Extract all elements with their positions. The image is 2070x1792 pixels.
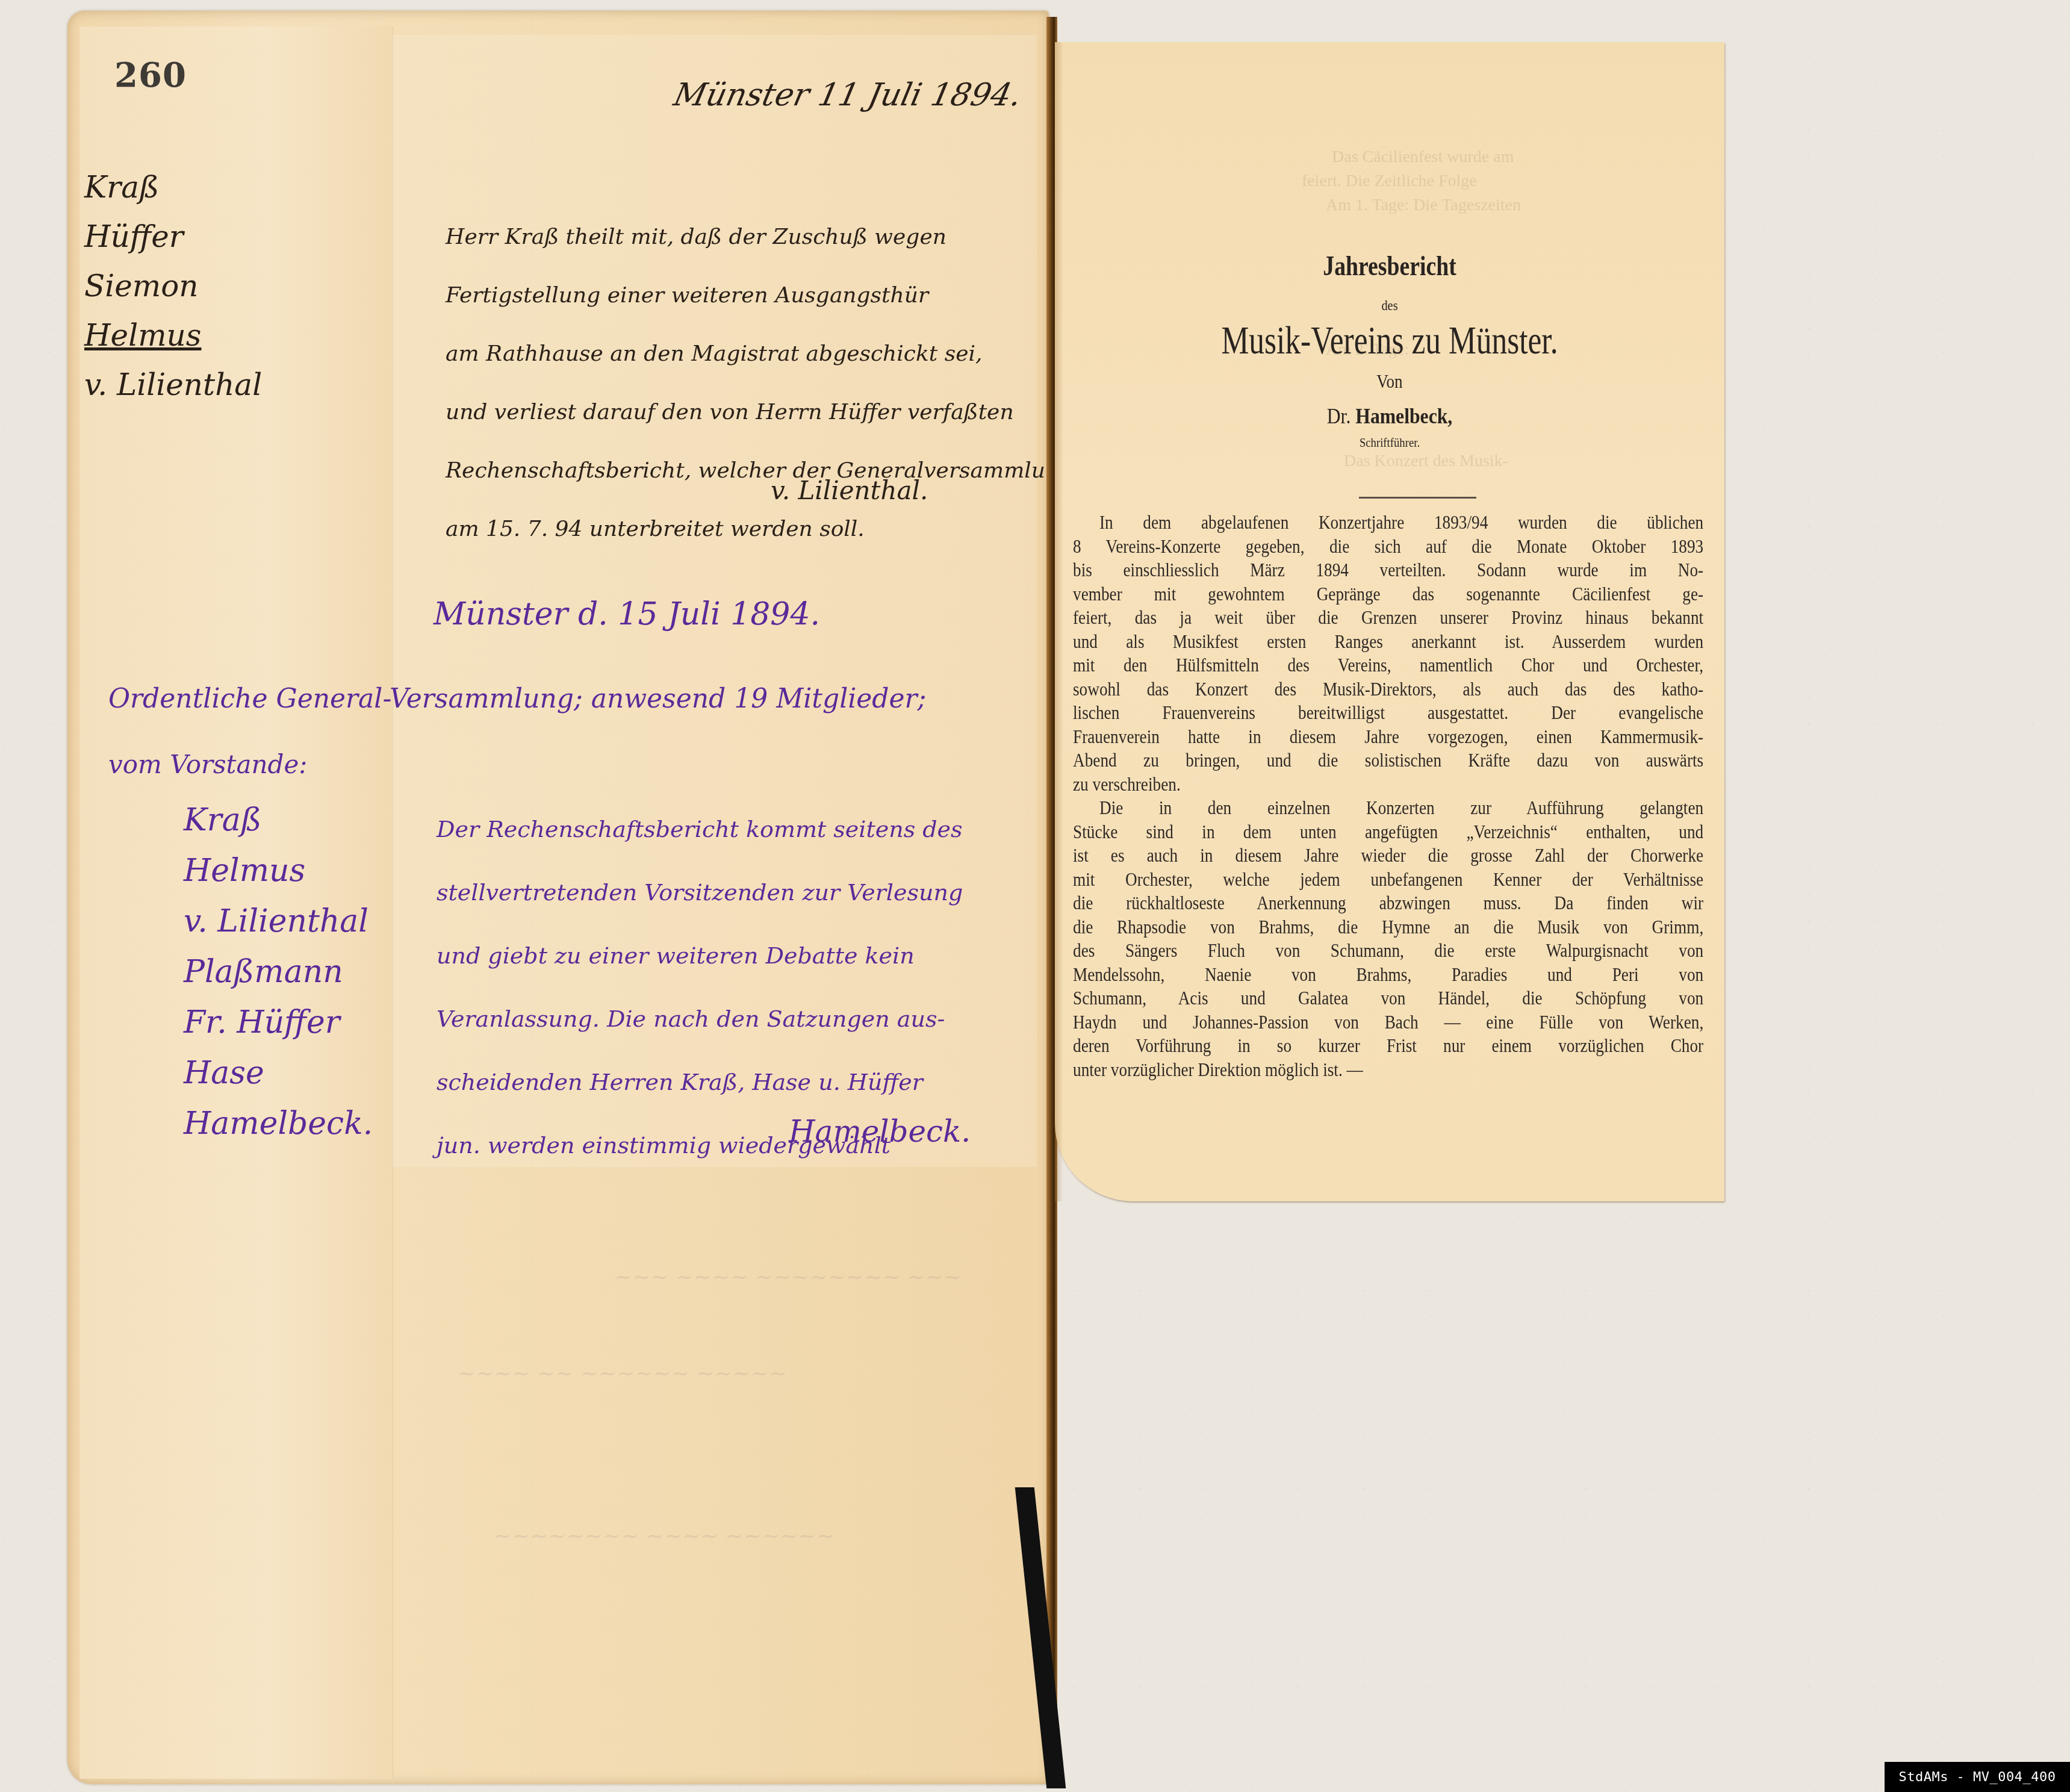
entry2-board-member: Helmus: [184, 845, 373, 896]
bleed-through-text: Das Cäcilienfest wurde am: [1332, 148, 1514, 167]
report-line: unter vorzüglicher Direktion möglich ist…: [1073, 1058, 1703, 1082]
entry2-line: und giebt zu einer weiteren Debatte kein: [437, 924, 1045, 988]
report-author-role: Schriftführer.: [1105, 435, 1674, 450]
entry1-line: und verliest darauf den von Herrn Hüffer…: [446, 383, 1048, 441]
entry1-attendee: Kraß: [84, 163, 262, 212]
entry1-attendee: Siemon: [84, 261, 262, 311]
entry1-attendee: Hüffer: [84, 212, 262, 261]
report-line: lischen Frauenvereins bereitwilligst aus…: [1073, 701, 1703, 725]
report-author: Dr. Hamelbeck,: [1095, 403, 1685, 429]
report-line: mit Orchester, welche jedem unbefangenen…: [1073, 868, 1703, 892]
report-paragraph-2: Die in den einzelnen Konzerten zur Auffü…: [1073, 796, 1705, 1081]
report-body: In dem abgelaufenen Konzertjahre 1893/94…: [1073, 511, 1705, 1081]
report-title-des: des: [1105, 298, 1674, 314]
entry2-line: Veranlassung. Die nach den Satzungen aus…: [437, 988, 1045, 1051]
bleed-through-text: ~~~ ~~~~ ~~~~~~~~ ~~~: [614, 1265, 962, 1289]
entry2-heading: Ordentliche General-Versammlung; anwesen…: [108, 683, 926, 714]
entry1-signature: v. Lilienthal.: [771, 476, 928, 505]
report-title-line2: Musik-Vereins zu Münster.: [1128, 318, 1650, 364]
report-author-name: Hamelbeck,: [1355, 404, 1452, 428]
entry1-date: Münster 11 Juli 1894.: [671, 77, 1025, 113]
entry1-body: Herr Kraß theilt mit, daß der Zuschuß we…: [446, 208, 1048, 558]
report-line: Mendelssohn, Naenie von Brahms, Paradies…: [1073, 963, 1703, 987]
entry1-line: am Rathhause an den Magistrat abgeschick…: [446, 325, 1048, 383]
bleed-through-text: ~~~~ ~~ ~~~~~~ ~~~~~: [458, 1361, 787, 1386]
entry1-line: am 15. 7. 94 unterbreitet werden soll.: [446, 500, 1048, 558]
entry2-board-member-list: Kraß Helmus v. Lilienthal Plaßmann Fr. H…: [184, 795, 373, 1149]
report-byline-von: Von: [1105, 370, 1674, 393]
entry1-line: Fertigstellung einer weiteren Ausgangsth…: [446, 266, 1048, 325]
entry1-attendee: v. Lilienthal: [84, 360, 262, 409]
entry2-board-member: Kraß: [184, 795, 373, 845]
report-paragraph-1: In dem abgelaufenen Konzertjahre 1893/94…: [1073, 511, 1705, 796]
entry2-board-member: v. Lilienthal: [184, 896, 373, 947]
report-line: Frauenverein hatte in diesem Jahre vorge…: [1073, 725, 1703, 749]
bleed-through-text: ~~~~~~~~ ~~~~ ~~~~~~: [494, 1523, 835, 1548]
report-line: bis einschliesslich März 1894 verteilten…: [1073, 558, 1703, 582]
bleed-through-text: Am 1. Tage: Die Tageszeiten: [1326, 196, 1521, 215]
entry1-line: Rechenschaftsbericht, welcher der Genera…: [446, 441, 1048, 500]
report-line: und als Musikfest ersten Ranges anerkann…: [1073, 630, 1703, 654]
report-line: sowohl das Konzert des Musik-Direktors, …: [1073, 677, 1703, 702]
report-line: feiert, das ja weit über die Grenzen uns…: [1073, 606, 1703, 630]
report-line: die rückhaltloseste Anerkennung abzwinge…: [1073, 891, 1703, 915]
entry2-board-member: Plaßmann: [184, 947, 373, 997]
entry2-line: stellvertretenden Vorsitzenden zur Verle…: [437, 861, 1045, 924]
report-line: Schumann, Acis und Galatea von Händel, d…: [1073, 986, 1703, 1010]
report-line: Abend zu bringen, und die solistischen K…: [1073, 748, 1703, 773]
entry2-line: Der Rechenschaftsbericht kommt seitens d…: [437, 798, 1045, 861]
report-line: Die in den einzelnen Konzerten zur Auffü…: [1073, 796, 1703, 820]
report-line: In dem abgelaufenen Konzertjahre 1893/94…: [1073, 511, 1703, 535]
entry1-attendee: Helmus: [84, 311, 262, 360]
entry2-line: scheidenden Herren Kraß, Hase u. Hüffer: [437, 1051, 1045, 1114]
report-line: mit den Hülfsmitteln des Vereins, nament…: [1073, 653, 1703, 677]
archive-reference-label: StdAMs - MV_004_400: [1885, 1762, 2070, 1792]
report-line: Stücke sind in dem unten angefügten „Ver…: [1073, 820, 1703, 844]
entry2-board-member: Fr. Hüffer: [184, 997, 373, 1048]
bleed-through-text: Das Konzert des Musik-: [1344, 452, 1508, 471]
entry2-board-member: Hase: [184, 1048, 373, 1098]
report-line: vember mit gewohntem Gepränge das sogena…: [1073, 582, 1703, 606]
entry2-board-label: vom Vorstande:: [108, 750, 307, 779]
report-divider-rule: [1359, 497, 1476, 499]
report-line: ist es auch in diesem Jahre wieder die g…: [1073, 844, 1703, 868]
report-line: 8 Vereins-Konzerte gegeben, die sich auf…: [1073, 535, 1703, 559]
entry2-signature: Hamelbeck.: [789, 1114, 971, 1149]
page-number: 260: [114, 55, 187, 95]
report-line: des Sängers Fluch von Schumann, die erst…: [1073, 939, 1703, 963]
entry2-date: Münster d. 15 Juli 1894.: [434, 596, 820, 632]
report-line: die Rhapsodie von Brahms, die Hymne an d…: [1073, 915, 1703, 939]
entry1-attendee-list: Kraß Hüffer Siemon Helmus v. Lilienthal: [84, 163, 262, 409]
entry1-line: Herr Kraß theilt mit, daß der Zuschuß we…: [446, 208, 1048, 266]
report-line: Haydn und Johannes-Passion von Bach — ei…: [1073, 1010, 1703, 1034]
bleed-through-text: feiert. Die Zeitliche Folge: [1302, 172, 1477, 191]
report-line: deren Vorführung in so kurzer Frist nur …: [1073, 1034, 1703, 1058]
report-line: zu verschreiben.: [1073, 773, 1703, 797]
right-page-printed-report: Das Cäcilienfest wurde am feiert. Die Ze…: [1055, 42, 1724, 1201]
report-author-prefix: Dr.: [1327, 404, 1351, 428]
report-title-line1: Jahresbericht: [1115, 250, 1664, 282]
entry2-board-member: Hamelbeck.: [184, 1098, 373, 1149]
